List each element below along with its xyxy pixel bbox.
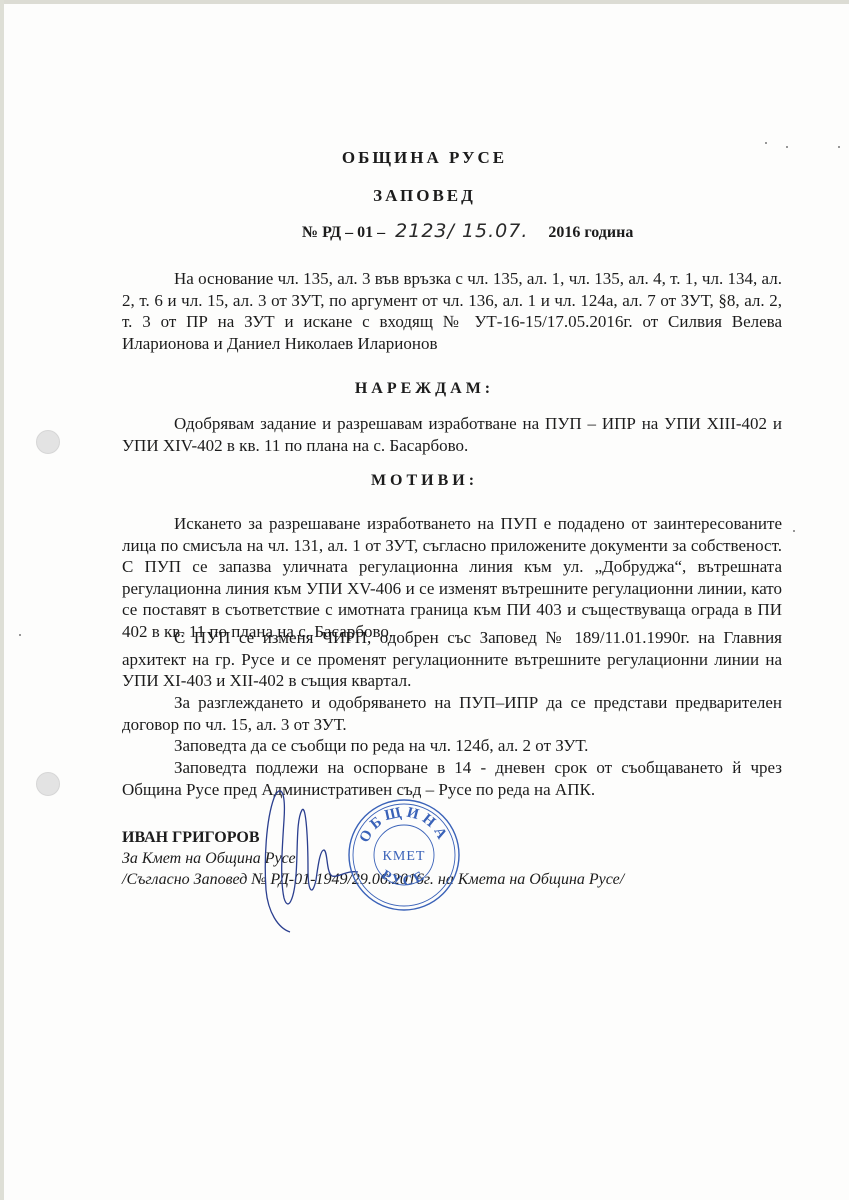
document-type-heading: ЗАПОВЕД — [0, 186, 849, 206]
scan-speck — [793, 530, 795, 532]
stamp-bottom-text: РУСЕ — [379, 868, 430, 890]
punch-hole-lower — [36, 772, 60, 796]
scan-edge-left — [0, 0, 4, 1200]
reference-number: № РД – 01 – 2123/ 15.07. 2016 година — [302, 220, 633, 242]
punch-hole-upper — [36, 430, 60, 454]
motives-heading: МОТИВИ: — [0, 472, 849, 490]
motive-paragraph-2: С ПУП се изменя ЧИРП, одобрен със Запове… — [122, 627, 782, 692]
signatory-name: ИВАН ГРИГОРОВ — [122, 829, 260, 847]
municipality-heading: ОБЩИНА РУСЕ — [0, 148, 849, 168]
order-heading: НАРЕЖДАМ: — [0, 380, 849, 398]
reference-handwritten: 2123/ 15.07. — [395, 220, 528, 242]
motive-paragraph-1: Искането за разрешаване изработването на… — [122, 513, 782, 643]
scan-speck — [19, 634, 21, 636]
scan-edge-top — [0, 0, 849, 4]
order-paragraph: Одобрявам задание и разрешавам изработва… — [122, 413, 782, 456]
motive-paragraph-5: Заповедта подлежи на оспорване в 14 - дн… — [122, 757, 782, 800]
stamp-center-text: КМЕТ — [383, 849, 426, 864]
preamble-paragraph: На основание чл. 135, ал. 3 във връзка с… — [122, 268, 782, 354]
reference-year: 2016 година — [548, 224, 633, 241]
reference-prefix: № РД – 01 – — [302, 224, 385, 241]
motive-paragraph-3: За разглеждането и одобряването на ПУП–И… — [122, 692, 782, 735]
svg-text:РУСЕ: РУСЕ — [379, 868, 430, 890]
scan-speck — [765, 142, 767, 144]
motive-paragraph-4: Заповедта да се съобщи по реда на чл. 12… — [122, 735, 782, 757]
official-stamp: ОБЩИНА КМЕТ РУСЕ — [346, 797, 462, 913]
handwritten-signature — [250, 780, 360, 940]
